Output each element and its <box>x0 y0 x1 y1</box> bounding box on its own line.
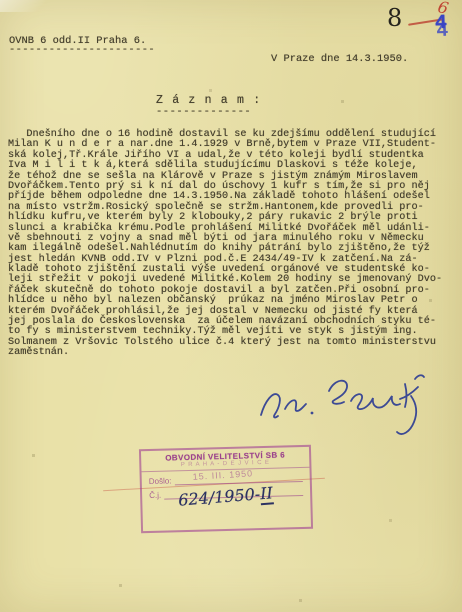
blue-stamped-mark: 4 <box>435 12 448 35</box>
body-line: Solmanem z Vršovic Tolstého ulice č.4 kt… <box>8 338 442 348</box>
stamp-ref-label: Č.j. <box>149 491 161 500</box>
body-line: hlídku kufru,ve kterém byly 2 klobouky,2… <box>8 213 442 223</box>
stamp-received-label: Došlo: <box>149 476 172 486</box>
body-line: Iva M i l i t k á,která sdělila studujíc… <box>8 161 442 171</box>
document-title-underline: -------------- <box>156 106 251 118</box>
header-place-date: V Praze dne 14.3.1950. <box>271 53 408 65</box>
signature-handwriting <box>255 371 440 441</box>
stamp-received-date: 15. III. 1950 <box>192 468 253 482</box>
receipt-stamp: OBVODNÍ VELITELSTVÍ SB 6 P R A H A - D E… <box>139 445 313 533</box>
body-line: zaměstnán. <box>8 348 442 358</box>
document-page: OVNB 6 odd.II Praha 6. -----------------… <box>0 0 462 612</box>
paper-speckles <box>0 0 1 1</box>
reference-number-suffix: II <box>259 483 273 505</box>
scan-corner-artifact <box>0 0 56 12</box>
header-unit-underline: ---------------------- <box>9 44 155 56</box>
body-paragraph: Dnešního dne o 16 hodině dostavil se ku … <box>8 130 442 359</box>
page-number-handwritten: 8 <box>387 4 402 32</box>
